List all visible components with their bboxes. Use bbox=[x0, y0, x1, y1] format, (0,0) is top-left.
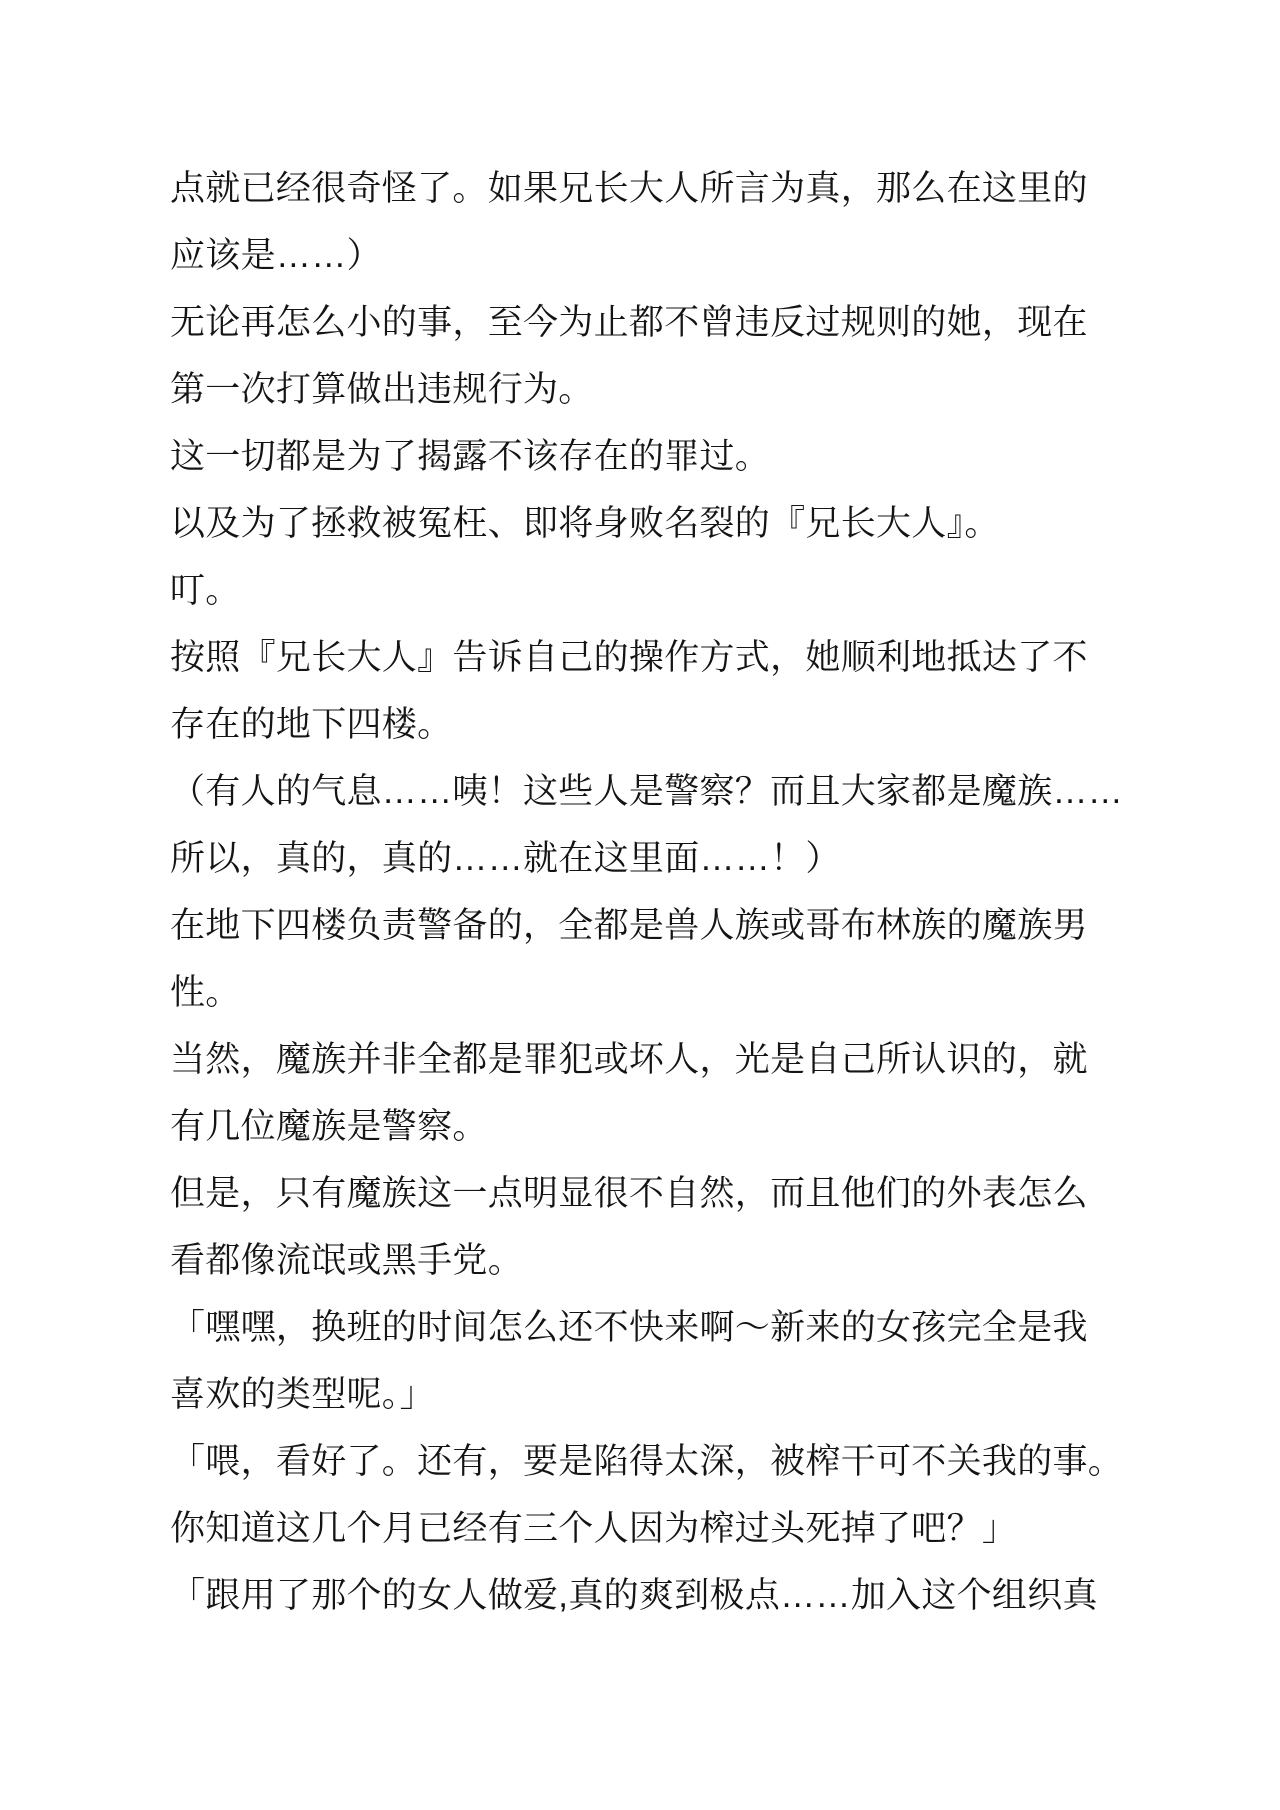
text-line: 「嘿嘿，换班的时间怎么还不快来啊～新来的女孩完全是我 bbox=[170, 1294, 1130, 1361]
text-line: 当然，魔族并非全都是罪犯或坏人，光是自己所认识的，就 bbox=[170, 1026, 1130, 1093]
text-line: 按照『兄长大人』告诉自己的操作方式，她顺利地抵达了不 bbox=[170, 624, 1130, 691]
text-line: 无论再怎么小的事，至今为止都不曾违反过规则的她，现在 bbox=[170, 289, 1130, 356]
text-line: 叮。 bbox=[170, 557, 1130, 624]
text-column: 点就已经很奇怪了。如果兄长大人所言为真，那么在这里的应该是……）无论再怎么小的事… bbox=[170, 155, 1130, 1629]
text-line: 这一切都是为了揭露不该存在的罪过。 bbox=[170, 423, 1130, 490]
text-line: 喜欢的类型呢。」 bbox=[170, 1361, 1130, 1428]
text-line: 点就已经很奇怪了。如果兄长大人所言为真，那么在这里的 bbox=[170, 155, 1130, 222]
text-line: 看都像流氓或黑手党。 bbox=[170, 1227, 1130, 1294]
text-line: 所以，真的，真的……就在这里面……！） bbox=[170, 825, 1130, 892]
text-line: 存在的地下四楼。 bbox=[170, 691, 1130, 758]
text-line: 性。 bbox=[170, 959, 1130, 1026]
text-line: 「跟用了那个的女人做爱,真的爽到极点……加入这个组织真 bbox=[170, 1562, 1130, 1629]
text-line: 应该是……） bbox=[170, 222, 1130, 289]
document-page: 点就已经很奇怪了。如果兄长大人所言为真，那么在这里的应该是……）无论再怎么小的事… bbox=[0, 0, 1280, 1810]
text-line: 第一次打算做出违规行为。 bbox=[170, 356, 1130, 423]
text-line: 「喂，看好了。还有，要是陷得太深，被榨干可不关我的事。 bbox=[170, 1428, 1130, 1495]
text-line: 你知道这几个月已经有三个人因为榨过头死掉了吧？」 bbox=[170, 1495, 1130, 1562]
text-line: 但是，只有魔族这一点明显很不自然，而且他们的外表怎么 bbox=[170, 1160, 1130, 1227]
text-line: 有几位魔族是警察。 bbox=[170, 1093, 1130, 1160]
text-line: （有人的气息……咦！这些人是警察？而且大家都是魔族…… bbox=[170, 758, 1130, 825]
text-line: 以及为了拯救被冤枉、即将身败名裂的『兄长大人』。 bbox=[170, 490, 1130, 557]
text-line: 在地下四楼负责警备的，全都是兽人族或哥布林族的魔族男 bbox=[170, 892, 1130, 959]
